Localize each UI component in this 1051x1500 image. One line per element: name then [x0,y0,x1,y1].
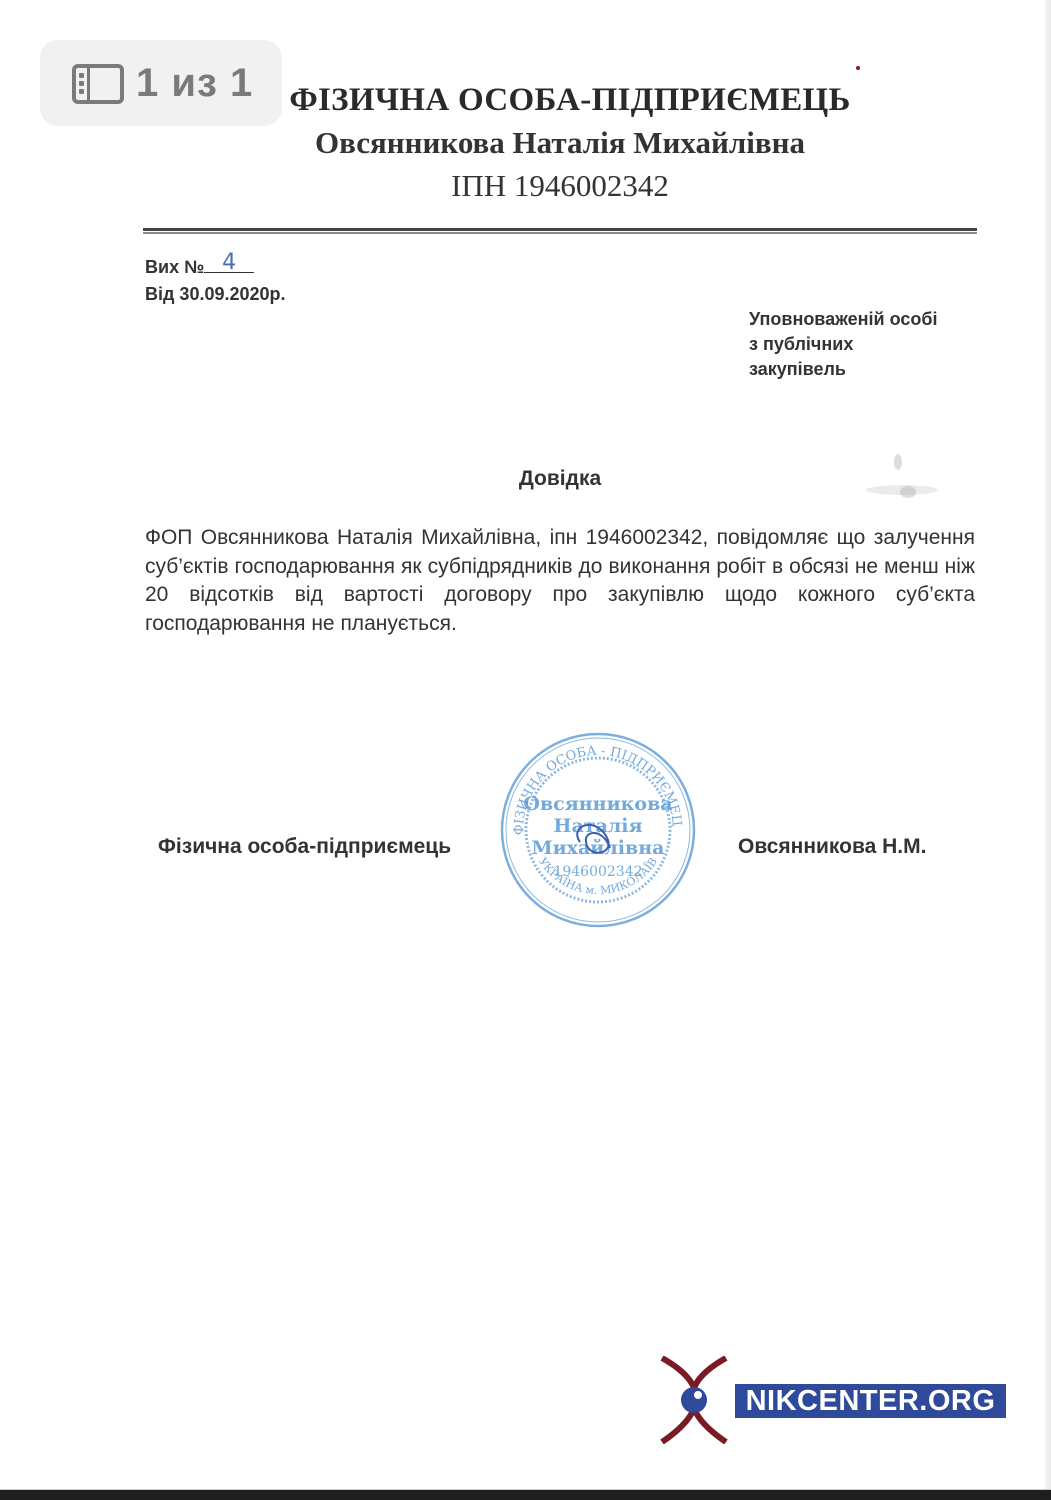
document-body: ФОП Овсянникова Наталія Михайлівна, іпн … [145,524,975,638]
signatory-name: Овсянникова Н.М. [738,835,926,859]
outgoing-number-value: 4 [204,254,254,273]
svg-text:1946002342: 1946002342 [553,864,642,880]
outgoing-number: Вих №4 [145,257,254,278]
svg-text:Михайлівна: Михайлівна [532,837,665,859]
svg-text:Овсянникова: Овсянникова [523,793,672,815]
document-page: ФІЗИЧНА ОСОБА-ПІДПРИЄМЕЦЬ Овсянникова На… [0,0,1051,1490]
letterhead-ipn: ІПН 1946002342 [260,168,860,204]
addressee-line: закупівель [749,357,938,382]
sidebar-icon [72,64,122,102]
header-divider-secondary [143,232,977,234]
page-edge [1045,0,1051,1490]
signatory-role: Фізична особа-підприємець [158,835,451,859]
ink-mark [856,66,860,70]
letterhead-name: Овсянникова Наталія Михайлівна [260,125,860,161]
official-stamp: ФІЗИЧНА ОСОБА - ПІДПРИЄМЕЦЬ УКРАЇНА м. М… [498,730,698,930]
letterhead-title: ФІЗИЧНА ОСОБА-ПІДПРИЄМЕЦЬ [270,82,870,119]
viewer-bottom-bar [0,1489,1051,1500]
addressee-line: з публічних [749,332,938,357]
header-divider [143,228,977,231]
watermark-banner: NIKCENTER.ORG [735,1384,1006,1418]
addressee-block: Уповноваженій особі з публічних закупіве… [749,307,938,382]
eye-icon [681,1387,707,1413]
page-counter-label: 1 из 1 [136,61,253,106]
page-counter[interactable]: 1 из 1 [40,40,282,126]
document-title: Довідка [0,467,1051,491]
outgoing-number-label: Вих № [145,257,204,277]
addressee-line: Уповноваженій особі [749,307,938,332]
document-date: Від 30.09.2020р. [145,284,286,305]
